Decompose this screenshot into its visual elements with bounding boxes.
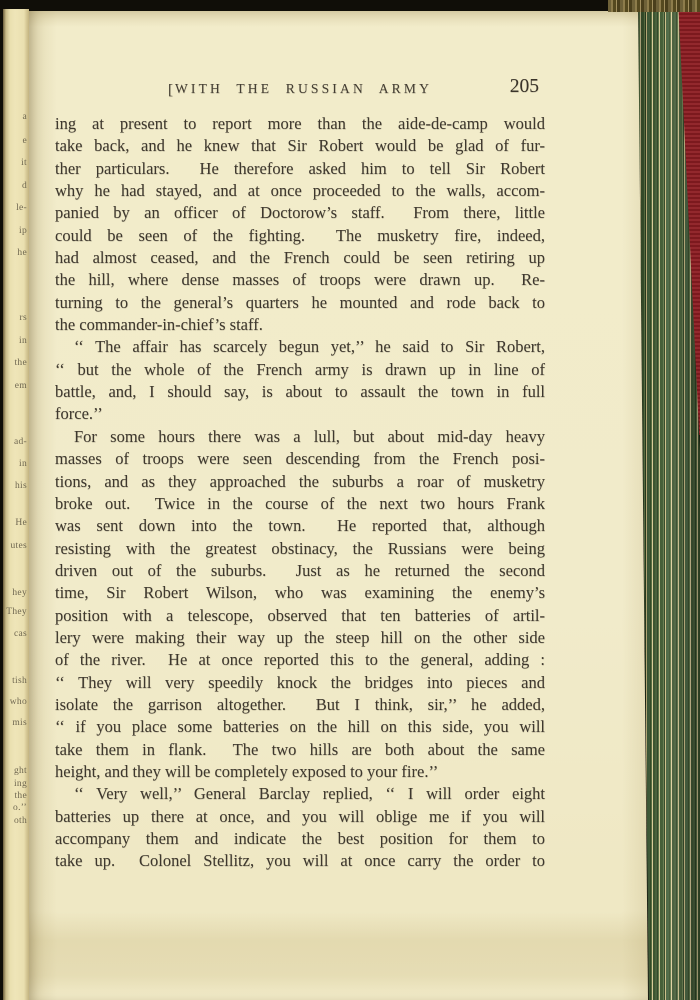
gutter-text-fragment: his bbox=[15, 481, 27, 492]
page-number: 205 bbox=[510, 76, 539, 98]
gutter-text-fragment: tish bbox=[12, 676, 27, 687]
text-line: ‘‘ The affair has scarcely begun yet,’’ … bbox=[55, 336, 545, 358]
gutter-text-fragment: em bbox=[15, 381, 27, 392]
text-line: why he had stayed, and at once proceeded… bbox=[55, 180, 545, 202]
gutter-text-fragment: e bbox=[22, 136, 27, 147]
gutter-text-fragment: mis bbox=[12, 718, 27, 729]
text-line: ing at present to report more than the a… bbox=[55, 113, 545, 135]
gutter-text-fragment: hey bbox=[12, 588, 27, 599]
gutter-text-fragment: a bbox=[22, 112, 27, 123]
text-line: ther particulars. He therefore asked him… bbox=[55, 158, 545, 180]
book-top-edge bbox=[608, 0, 700, 12]
bracket-mark: [ bbox=[168, 82, 173, 99]
gutter-text-fragment: cas bbox=[14, 629, 27, 640]
text-line: was sent down into the town. He reported… bbox=[55, 515, 545, 537]
text-block: [WITH THE RUSSIAN ARMY 205 ing at presen… bbox=[55, 11, 545, 1000]
gutter-text-fragment: ght bbox=[14, 766, 27, 777]
gutter-text-fragment: he bbox=[17, 248, 27, 259]
body-text: ing at present to report more than the a… bbox=[55, 113, 545, 873]
gutter-text-fragment: ing bbox=[14, 779, 27, 790]
text-line: ‘‘ but the whole of the French army is d… bbox=[55, 359, 545, 381]
book-page: [WITH THE RUSSIAN ARMY 205 ing at presen… bbox=[29, 11, 648, 1000]
gutter-text-fragment: d bbox=[22, 181, 27, 192]
gutter-text-fragment: rs bbox=[20, 313, 27, 324]
text-line: height, and they will be completely expo… bbox=[55, 761, 545, 783]
text-line: of the river. He at once reported this t… bbox=[55, 649, 545, 671]
text-line: accompany them and indicate the best pos… bbox=[55, 828, 545, 850]
gutter-text-fragment: it bbox=[21, 158, 27, 169]
book-photo: { "colors":{ "scan_background":"#100e08"… bbox=[0, 0, 700, 1000]
text-line: take up. Colonel Stellitz, you will at o… bbox=[55, 850, 545, 872]
text-line: take back, and he knew that Sir Robert w… bbox=[55, 135, 545, 157]
gutter-text-fragment: ad- bbox=[14, 437, 27, 448]
gutter-text-fragment: in bbox=[19, 459, 27, 470]
gutter-text-fragment: the bbox=[14, 791, 27, 802]
text-line: force.’’ bbox=[55, 403, 545, 425]
gutter-text-fragment: ip bbox=[19, 226, 27, 237]
text-line: battle, and, I should say, is about to a… bbox=[55, 381, 545, 403]
text-line: batteries up there at once, and you will… bbox=[55, 806, 545, 828]
gutter-text-fragment: utes bbox=[10, 541, 27, 552]
text-line: position with a telescope, observed that… bbox=[55, 605, 545, 627]
gutter-text-fragment: oth bbox=[14, 816, 27, 827]
gutter-text-fragment: in bbox=[19, 336, 27, 347]
gutter-text-fragment: le- bbox=[16, 203, 27, 214]
text-line: lery were making their way up the steep … bbox=[55, 627, 545, 649]
text-line: the hill, where dense masses of troops w… bbox=[55, 269, 545, 291]
text-line: had almost ceased, and the French could … bbox=[55, 247, 545, 269]
text-line: the commander-in-chief’s staff. bbox=[55, 314, 545, 336]
text-line: panied by an officer of Doctorow’s staff… bbox=[55, 202, 545, 224]
text-line: time, Sir Robert Wilson, who was examini… bbox=[55, 582, 545, 604]
gutter-text-fragment: who bbox=[10, 697, 27, 708]
text-line: isolate the garrison altogether. But I t… bbox=[55, 694, 545, 716]
text-line: ‘‘ Very well,’’ General Barclay replied,… bbox=[55, 783, 545, 805]
gutter-strip: aeitdle-iphersintheemad-inhisHeutesheyTh… bbox=[3, 9, 29, 1000]
gutter-text-fragment: He bbox=[15, 518, 27, 529]
text-line: masses of troops were seen descending fr… bbox=[55, 448, 545, 470]
text-line: resisting with the greatest obstinacy, t… bbox=[55, 538, 545, 560]
text-line: could be seen of the fighting. The muske… bbox=[55, 225, 545, 247]
text-line: ‘‘ if you place some batteries on the hi… bbox=[55, 716, 545, 738]
text-line: turning to the general’s quarters he mou… bbox=[55, 292, 545, 314]
gutter-text-fragment: the bbox=[14, 358, 27, 369]
text-line: tions, and as they approached the suburb… bbox=[55, 471, 545, 493]
gutter-text-fragment: They bbox=[6, 607, 27, 618]
text-line: take them in flank. The two hills are bo… bbox=[55, 739, 545, 761]
text-line: For some hours there was a lull, but abo… bbox=[55, 426, 545, 448]
running-header: [WITH THE RUSSIAN ARMY bbox=[55, 81, 545, 98]
text-line: broke out. Twice in the course of the ne… bbox=[55, 493, 545, 515]
text-line: driven out of the suburbs. Just as he re… bbox=[55, 560, 545, 582]
header-title: WITH THE RUSSIAN ARMY bbox=[175, 81, 432, 96]
gutter-text-fragment: o.’’ bbox=[13, 803, 27, 814]
text-line: ‘‘ They will very speedily knock the bri… bbox=[55, 672, 545, 694]
